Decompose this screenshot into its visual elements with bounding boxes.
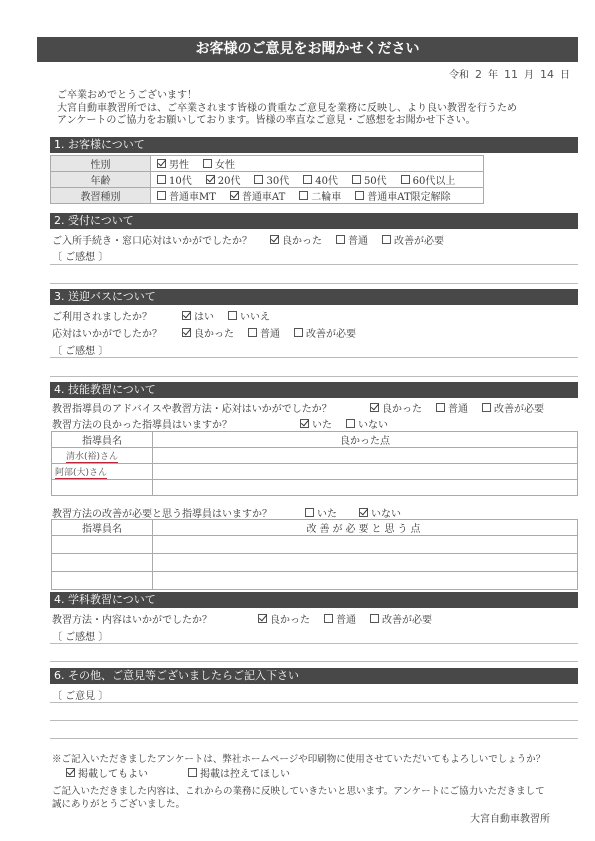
checkbox-icon[interactable] xyxy=(157,191,166,200)
option-normal[interactable]: 普通 xyxy=(324,611,356,626)
option-no[interactable]: いいえ xyxy=(228,308,270,323)
consent-options: 掲載してもよい 掲載は控えてほしい xyxy=(66,765,304,780)
checkbox-checked-icon[interactable] xyxy=(300,419,309,428)
option-20s[interactable]: 20代 xyxy=(206,172,241,187)
section-academic-header: 4. 学科教習について xyxy=(50,592,578,608)
checkbox-checked-icon[interactable] xyxy=(66,768,75,777)
section-6-header: 6. その他、ご意見等ございましたらご記入下さい xyxy=(50,668,578,684)
comment-line[interactable] xyxy=(50,376,578,377)
option-60s-plus[interactable]: 60代以上 xyxy=(401,172,456,187)
label-course-type: 教習種別 xyxy=(51,188,151,204)
checkbox-icon[interactable] xyxy=(294,328,303,337)
opinion-label: 〔 ご意見 〕 xyxy=(52,687,108,702)
checkbox-icon[interactable] xyxy=(157,175,166,184)
table-row xyxy=(52,572,578,590)
row-age: 年齢 10代 20代 30代 40代 50代 60代以上 xyxy=(51,172,484,188)
academic-question-row: 教習方法・内容はいかがでしたか？ 良かった 普通 改善が必要 xyxy=(52,611,446,626)
option-no[interactable]: いない xyxy=(346,416,388,431)
date-row: 令和 2 年 11 月 14 日 xyxy=(400,66,570,81)
table-header-row: 指導員名 良かった点 xyxy=(52,432,578,448)
checkbox-checked-icon[interactable] xyxy=(157,159,166,168)
column-header: 指導員名 xyxy=(52,520,153,536)
checkbox-checked-icon[interactable] xyxy=(270,235,279,244)
comment-line[interactable] xyxy=(50,643,578,644)
option-good[interactable]: 良かった xyxy=(370,400,422,415)
checkbox-icon[interactable] xyxy=(254,175,263,184)
option-yes[interactable]: はい xyxy=(182,308,214,323)
section-2-header: 2. 受付について xyxy=(50,213,578,229)
instructor-question-row: 教習指導員のアドバイスや教習方法・応対はいかがでしたか？ 良かった 普通 改善が… xyxy=(52,400,558,415)
table-row: 清水(裕)さん xyxy=(52,448,578,464)
label-gender: 性別 xyxy=(51,156,151,172)
checkbox-checked-icon[interactable] xyxy=(359,508,368,517)
bus-used-question: ご利用されましたか？ xyxy=(52,308,182,323)
improve-instructor-question: 教習方法の改善が必要と思う指導員はいますか？ xyxy=(52,505,305,520)
consent-question: ※ご記入いただきましたアンケートは、弊社ホームページや印刷物に使用させていただい… xyxy=(52,751,545,765)
date-era: 令和 xyxy=(449,66,469,81)
good-instructor-row: 教習方法の良かった指導員はいますか？ いた いない xyxy=(52,416,402,431)
instructor-name-cell[interactable] xyxy=(52,554,153,572)
checkbox-icon[interactable] xyxy=(303,175,312,184)
option-30s[interactable]: 30代 xyxy=(254,172,289,187)
organization-name: 大宮自動車教習所 xyxy=(470,810,550,825)
form-title: お客様のご意見をお聞かせください xyxy=(37,37,578,62)
good-point-cell[interactable] xyxy=(153,480,578,496)
option-yes[interactable]: いた xyxy=(305,505,337,520)
checkbox-icon[interactable] xyxy=(324,614,333,623)
table-row xyxy=(52,536,578,554)
good-instructor-question: 教習方法の良かった指導員はいますか？ xyxy=(52,416,300,431)
comment-line[interactable] xyxy=(50,264,578,265)
comment-line[interactable] xyxy=(50,357,578,358)
option-mt[interactable]: 普通車MT xyxy=(157,188,216,203)
date-month-label: 月 xyxy=(524,66,534,81)
opinion-line[interactable] xyxy=(50,702,578,703)
checkbox-checked-icon[interactable] xyxy=(206,175,215,184)
checkbox-icon[interactable] xyxy=(346,419,355,428)
intro-text: ご卒業おめでとうございます！ 大宮自動車教習所では、ご卒業されます皆様の貴重なご… xyxy=(57,90,577,128)
instructor-name-cell[interactable] xyxy=(52,572,153,590)
checkbox-icon[interactable] xyxy=(436,403,445,412)
improve-instructor-row: 教習方法の改善が必要と思う指導員はいますか？ いた いない xyxy=(52,505,415,520)
comment-label: 〔 ご感想 〕 xyxy=(52,248,108,263)
checkbox-icon[interactable] xyxy=(336,235,345,244)
comment-label: 〔 ご感想 〕 xyxy=(52,628,108,643)
bus-service-row: 応対はいかがでしたか？ 良かった 普通 改善が必要 xyxy=(52,325,370,340)
date-day[interactable]: 14 xyxy=(540,68,554,81)
checkbox-icon[interactable] xyxy=(305,508,314,517)
section-1-header: 1. お客様について xyxy=(50,137,578,153)
row-gender: 性別 男性 女性 xyxy=(51,156,484,172)
instructor-name-handwritten: 阿部(大)さん xyxy=(55,468,107,479)
date-month[interactable]: 11 xyxy=(504,68,518,81)
comment-line[interactable] xyxy=(50,283,578,284)
checkbox-icon[interactable] xyxy=(370,614,379,623)
checkbox-icon[interactable] xyxy=(401,175,410,184)
section-3-header: 3. 送迎バスについて xyxy=(50,289,578,305)
option-normal[interactable]: 普通 xyxy=(248,325,280,340)
option-10s[interactable]: 10代 xyxy=(157,172,192,187)
option-needs-improvement[interactable]: 改善が必要 xyxy=(370,611,432,626)
comment-line[interactable] xyxy=(50,661,578,662)
checkbox-checked-icon[interactable] xyxy=(370,403,379,412)
option-male[interactable]: 男性 xyxy=(157,156,189,171)
table-row xyxy=(52,554,578,572)
table-header-row: 指導員名 改善が必要と思う点 xyxy=(52,520,578,536)
date-day-label: 日 xyxy=(560,66,570,81)
opinion-line[interactable] xyxy=(50,720,578,721)
checkbox-icon[interactable] xyxy=(352,175,361,184)
reception-question-row: ご入所手続き・窓口応対はいかがでしたか？ 良かった 普通 改善が必要 xyxy=(52,232,458,247)
checkbox-checked-icon[interactable] xyxy=(230,191,239,200)
date-year[interactable]: 2 xyxy=(475,68,482,81)
option-decline-publish[interactable]: 掲載は控えてほしい xyxy=(188,765,290,780)
option-normal[interactable]: 普通 xyxy=(336,232,368,247)
instructor-name-cell[interactable] xyxy=(52,480,153,496)
improve-point-cell[interactable] xyxy=(153,536,578,554)
checkbox-icon[interactable] xyxy=(203,159,212,168)
intro-line: アンケートのご協力をお願いしております。皆様の率直なご意見・ご感想をお聞かせ下さ… xyxy=(57,115,577,128)
checkbox-icon[interactable] xyxy=(482,403,491,412)
option-needs-improvement[interactable]: 改善が必要 xyxy=(294,325,356,340)
table-row xyxy=(52,480,578,496)
label-age: 年齢 xyxy=(51,172,151,188)
improve-point-cell[interactable] xyxy=(153,572,578,590)
option-50s[interactable]: 50代 xyxy=(352,172,387,187)
improve-point-cell[interactable] xyxy=(153,554,578,572)
bus-service-question: 応対はいかがでしたか？ xyxy=(52,325,182,340)
option-needs-improvement[interactable]: 改善が必要 xyxy=(482,400,544,415)
checkbox-checked-icon[interactable] xyxy=(182,311,191,320)
good-point-cell[interactable] xyxy=(153,464,578,480)
column-header: 指導員名 xyxy=(52,432,153,448)
reception-question: ご入所手続き・窓口応対はいかがでしたか？ xyxy=(52,232,270,247)
comment-label: 〔 ご感想 〕 xyxy=(52,342,108,357)
option-at-limit-removal[interactable]: 普通車AT限定解除 xyxy=(355,188,450,203)
option-40s[interactable]: 40代 xyxy=(303,172,338,187)
checkbox-icon[interactable] xyxy=(299,191,308,200)
bus-used-row: ご利用されましたか？ はい いいえ xyxy=(52,308,284,323)
customer-info-table: 性別 男性 女性 年齢 10代 20代 30代 40代 50代 60代以上 教習… xyxy=(50,155,484,204)
instructor-question: 教習指導員のアドバイスや教習方法・応対はいかがでしたか？ xyxy=(52,400,370,415)
instructor-name-cell[interactable] xyxy=(52,536,153,554)
option-needs-improvement[interactable]: 改善が必要 xyxy=(382,232,444,247)
date-year-label: 年 xyxy=(488,66,498,81)
academic-question: 教習方法・内容はいかがでしたか？ xyxy=(52,611,258,626)
checkbox-icon[interactable] xyxy=(355,191,364,200)
checkbox-icon[interactable] xyxy=(188,768,197,777)
checkbox-icon[interactable] xyxy=(382,235,391,244)
option-good[interactable]: 良かった xyxy=(258,611,310,626)
checkbox-icon[interactable] xyxy=(248,328,257,337)
option-yes[interactable]: いた xyxy=(300,416,332,431)
option-motorcycle[interactable]: 二輪車 xyxy=(299,188,341,203)
checkbox-icon[interactable] xyxy=(228,311,237,320)
closing-text: ご記入いただきました内容は、これからの業務に反映していきたいと思います。アンケー… xyxy=(52,786,545,811)
intro-line: ご卒業おめでとうございます！ xyxy=(57,90,577,103)
table-row: 阿部(大)さん xyxy=(52,464,578,480)
row-course-type: 教習種別 普通車MT 普通車AT 二輪車 普通車AT限定解除 xyxy=(51,188,484,204)
improve-instructor-table: 指導員名 改善が必要と思う点 xyxy=(51,519,578,590)
option-good[interactable]: 良かった xyxy=(270,232,322,247)
checkbox-checked-icon[interactable] xyxy=(258,614,267,623)
option-no[interactable]: いない xyxy=(359,505,401,520)
column-header: 良かった点 xyxy=(153,432,578,448)
option-allow-publish[interactable]: 掲載してもよい xyxy=(66,765,148,780)
opinion-line[interactable] xyxy=(50,738,578,739)
good-instructor-table: 指導員名 良かった点 清水(裕)さん 阿部(大)さん xyxy=(51,431,578,496)
intro-line: 大宮自動車教習所では、ご卒業されます皆様の貴重なご意見を業務に反映し、より良い教… xyxy=(57,103,577,116)
column-header: 改善が必要と思う点 xyxy=(153,520,578,536)
option-normal[interactable]: 普通 xyxy=(436,400,468,415)
option-female[interactable]: 女性 xyxy=(203,156,235,171)
instructor-name-handwritten: 清水(裕)さん xyxy=(66,452,118,463)
option-at[interactable]: 普通車AT xyxy=(230,188,285,203)
good-point-cell[interactable] xyxy=(153,448,578,464)
option-good[interactable]: 良かった xyxy=(182,325,234,340)
section-4-header: 4. 技能教習について xyxy=(50,382,578,398)
checkbox-checked-icon[interactable] xyxy=(182,328,191,337)
